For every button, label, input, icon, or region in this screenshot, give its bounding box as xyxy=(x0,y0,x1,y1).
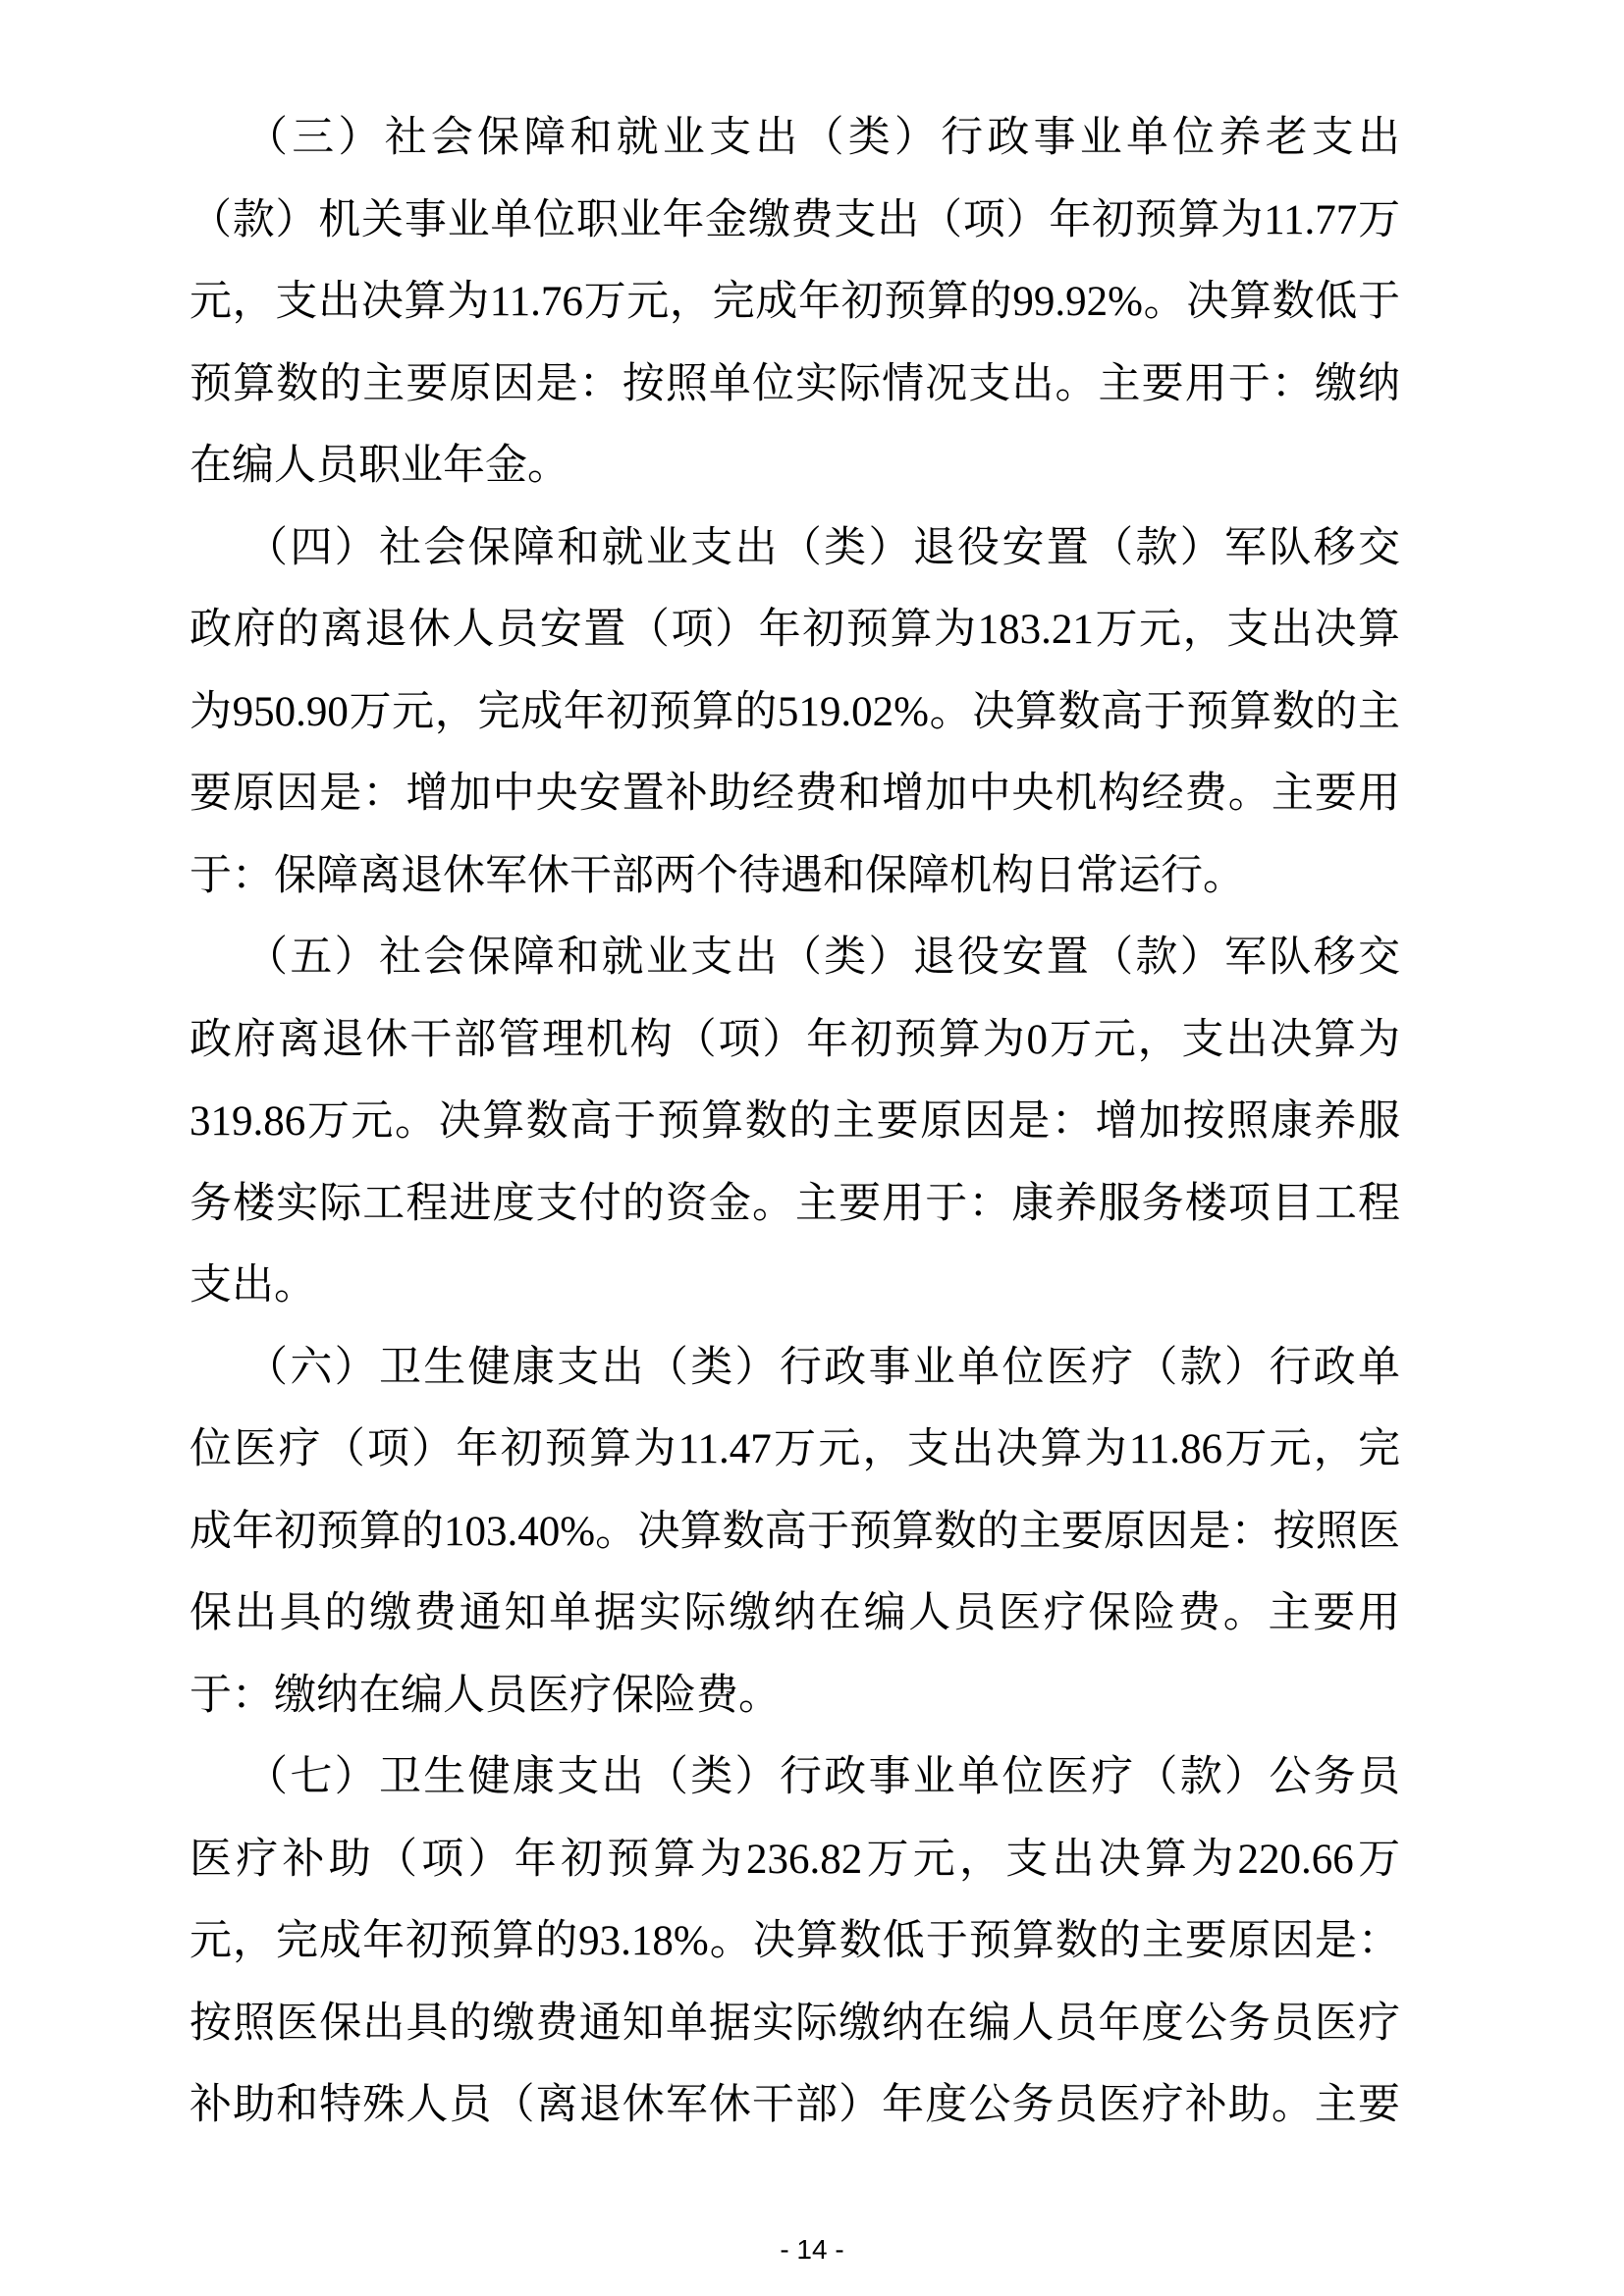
text-line: 政府离退休干部管理机构（项）年初预算为0万元，支出决算为 xyxy=(189,999,1400,1082)
page-number: - 14 - xyxy=(780,2234,843,2265)
text-line: 于：缴纳在编人员医疗保险费。 xyxy=(189,1655,1400,1737)
text-line: 在编人员职业年金。 xyxy=(189,425,1400,507)
text-line: 319.86万元。决算数高于预算数的主要原因是：增加按照康养服 xyxy=(189,1081,1400,1163)
text-line: 要原因是：增加中央安置补助经费和增加中央机构经费。主要用 xyxy=(189,753,1400,835)
text-line: 为950.90万元，完成年初预算的519.02%。决算数高于预算数的主 xyxy=(189,671,1400,754)
text-line: （五）社会保障和就业支出（类）退役安置（款）军队移交 xyxy=(189,917,1400,999)
text-line: 成年初预算的103.40%。决算数高于预算数的主要原因是：按照医 xyxy=(189,1491,1400,1574)
text-line: 支出。 xyxy=(189,1245,1400,1327)
text-line: 按照医保出具的缴费通知单据实际缴纳在编人员年度公务员医疗 xyxy=(189,1983,1400,2065)
text-line: （四）社会保障和就业支出（类）退役安置（款）军队移交 xyxy=(189,507,1400,590)
text-line: 补助和特殊人员（离退休军休干部）年度公务员医疗补助。主要 xyxy=(189,2064,1400,2147)
document-body: （三）社会保障和就业支出（类）行政事业单位养老支出（款）机关事业单位职业年金缴费… xyxy=(189,97,1400,2147)
text-line: 医疗补助（项）年初预算为236.82万元，支出决算为220.66万 xyxy=(189,1819,1400,1901)
document-page: （三）社会保障和就业支出（类）行政事业单位养老支出（款）机关事业单位职业年金缴费… xyxy=(0,0,1624,2296)
text-line: （七）卫生健康支出（类）行政事业单位医疗（款）公务员 xyxy=(189,1736,1400,1819)
text-line: 位医疗（项）年初预算为11.47万元，支出决算为11.86万元，完 xyxy=(189,1409,1400,1491)
text-line: 务楼实际工程进度支付的资金。主要用于：康养服务楼项目工程 xyxy=(189,1163,1400,1246)
text-line: 元，完成年初预算的93.18%。决算数低于预算数的主要原因是： xyxy=(189,1900,1400,1983)
text-line: （六）卫生健康支出（类）行政事业单位医疗（款）行政单 xyxy=(189,1327,1400,1410)
text-line: 保出具的缴费通知单据实际缴纳在编人员医疗保险费。主要用 xyxy=(189,1573,1400,1655)
text-line: 预算数的主要原因是：按照单位实际情况支出。主要用于：缴纳 xyxy=(189,344,1400,426)
text-line: （三）社会保障和就业支出（类）行政事业单位养老支出 xyxy=(189,97,1400,180)
text-line: 元，支出决算为11.76万元，完成年初预算的99.92%。决算数低于 xyxy=(189,261,1400,344)
text-line: 政府的离退休人员安置（项）年初预算为183.21万元，支出决算 xyxy=(189,589,1400,671)
text-line: （款）机关事业单位职业年金缴费支出（项）年初预算为11.77万 xyxy=(189,180,1400,262)
text-line: 于：保障离退休军休干部两个待遇和保障机构日常运行。 xyxy=(189,835,1400,918)
page-footer: - 14 - xyxy=(0,2230,1624,2269)
